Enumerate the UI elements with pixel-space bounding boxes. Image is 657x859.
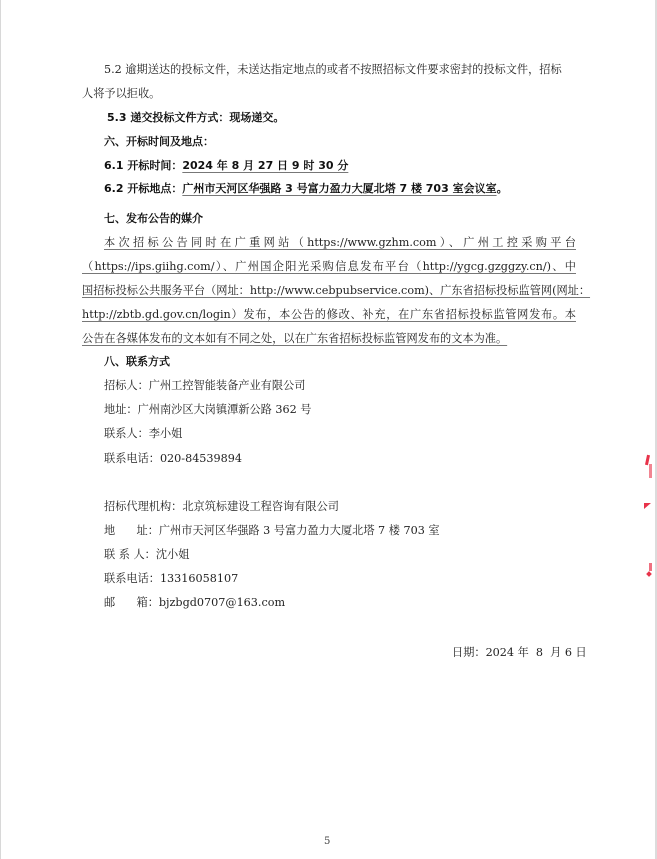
media-line-2: （https://ips.giihg.com/）、广州国企阳光采购信息发布平台（…	[82, 260, 576, 274]
page-number: 5	[324, 836, 330, 847]
media-line-3: 国招标投标公共服务平台（网址：http://www.cebpubservice.…	[82, 284, 576, 298]
opening-time-label: 6.1 开标时间：	[104, 159, 182, 172]
opening-location-label: 6.2 开标地点：	[104, 182, 182, 195]
clause-5-2-line2: 人将予以拒收。	[82, 87, 160, 101]
clause-6-2: 6.2 开标地点：广州市天河区华强路 3 号富力盈力大厦北塔 7 楼 703 室…	[104, 182, 508, 196]
tenderer-phone: 联系电话：020-84539894	[104, 452, 242, 466]
agency-contact: 联 系 人：沈小姐	[104, 548, 189, 562]
tenderer-name: 招标人：广州工控智能装备产业有限公司	[104, 379, 305, 393]
section-8-heading: 八、联系方式	[104, 355, 170, 369]
agency-address: 地 址：广州市天河区华强路 3 号富力盈力大厦北塔 7 楼 703 室	[104, 524, 440, 538]
agency-email: 邮 箱：bjzbgd0707@163.com	[104, 596, 285, 610]
section-6-heading: 六、开标时间及地点：	[104, 135, 214, 149]
tenderer-contact: 联系人：李小姐	[104, 427, 182, 441]
opening-time-value: 2024 年 8 月 27 日 9 时 30 分	[182, 159, 348, 172]
media-line-5: 公告在各媒体发布的文本如有不同之处，以在广东省招标投标监管网发布的文本为准。	[82, 332, 507, 346]
clause-5-3: 5.3 递交投标文件方式：现场递交。	[107, 111, 284, 125]
document-date: 日期：2024 年 8 月 6 日	[452, 646, 587, 660]
media-line-4: http://zbtb.gd.gov.cn/login）发布，本公告的修改、补充…	[82, 308, 576, 322]
clause-6-1: 6.1 开标时间：2024 年 8 月 27 日 9 时 30 分	[104, 159, 348, 173]
page-left-edge	[0, 0, 1, 859]
tenderer-address: 地址：广州南沙区大岗镇潭新公路 362 号	[104, 403, 311, 417]
period: 。	[497, 182, 508, 195]
agency-phone: 联系电话：13316058107	[104, 572, 238, 586]
clause-5-2-line1: 5.2 逾期送达的投标文件，未送达指定地点的或者不按照招标文件要求密封的投标文件…	[104, 63, 562, 77]
opening-location-value: 广州市天河区华强路 3 号富力盈力大厦北塔 7 楼 703 室会议室	[182, 182, 496, 195]
section-7-heading: 七、发布公告的媒介	[104, 212, 203, 226]
agency-name: 招标代理机构：北京筑标建设工程咨询有限公司	[104, 500, 339, 514]
media-line-1: 本次招标公告同时在广重网站（https://www.gzhm.com）、广州工控…	[104, 236, 576, 250]
